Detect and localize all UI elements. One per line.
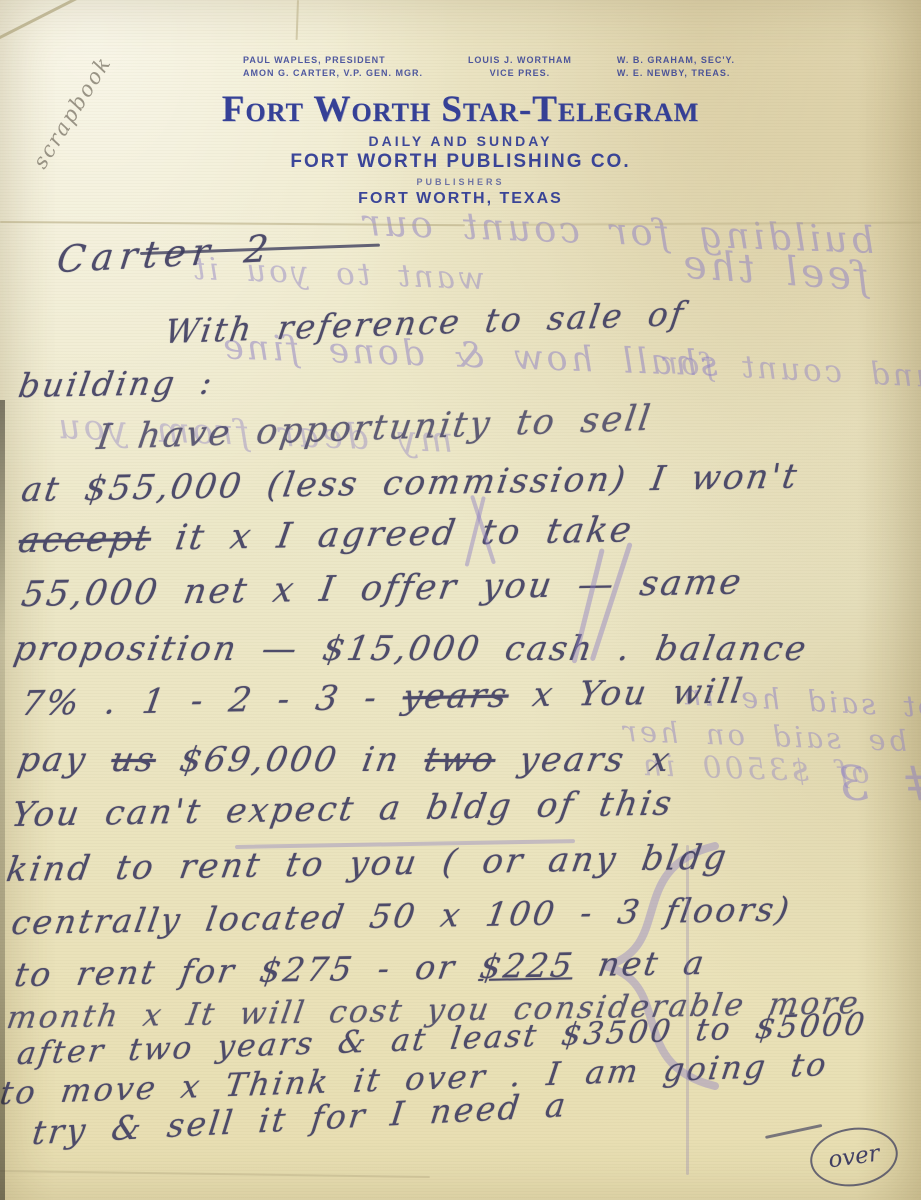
- fold-crease: [0, 1170, 430, 1178]
- fold-crease: [296, 0, 299, 40]
- bleed-underline: [235, 839, 575, 849]
- scan-edge-shadow: [0, 400, 5, 1200]
- strokes-layer: [0, 0, 921, 1200]
- fold-crease: [0, 221, 465, 226]
- pen-stroke: [765, 1124, 822, 1139]
- letter-page: building for count ourwant to you itfeel…: [0, 0, 921, 1200]
- over-label: over: [827, 1141, 882, 1174]
- salutation-strike: [140, 244, 380, 255]
- bleed-stroke: [571, 548, 604, 664]
- fold-crease: [468, 222, 921, 226]
- fold-crease: [686, 845, 689, 1175]
- fold-crease: [0, 0, 204, 48]
